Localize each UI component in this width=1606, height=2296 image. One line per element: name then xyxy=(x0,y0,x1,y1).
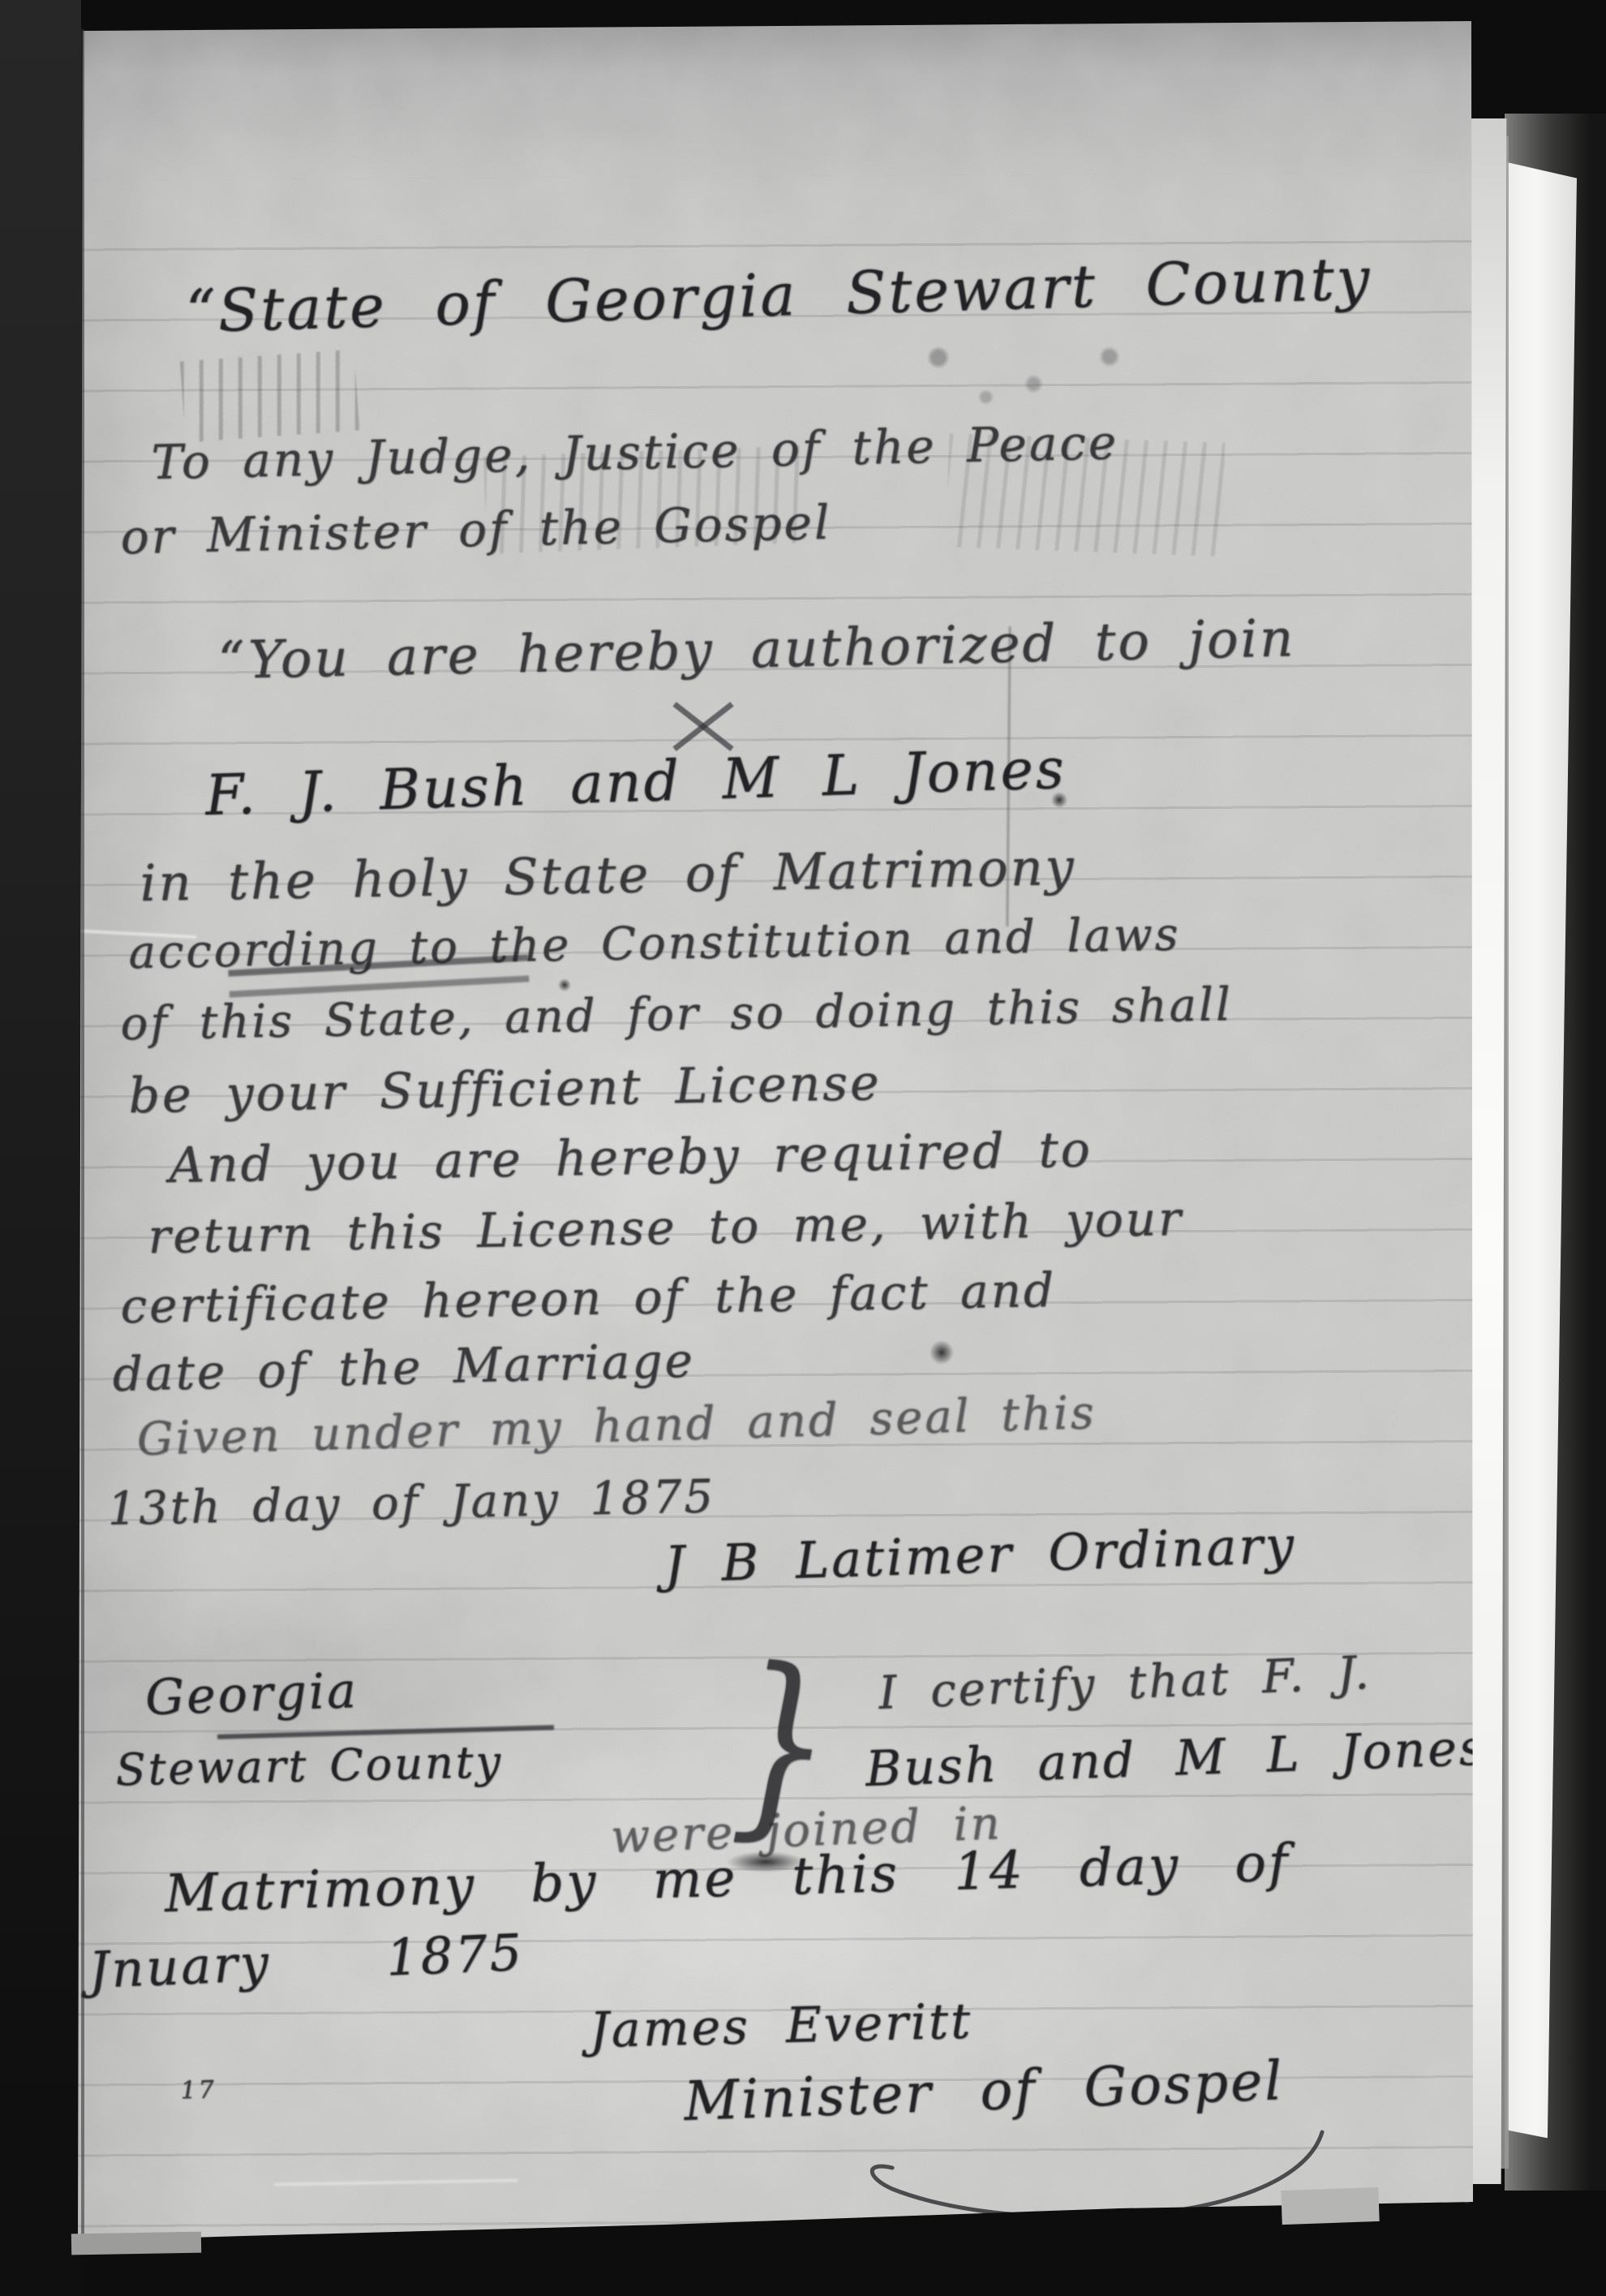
torn-paper-fragment xyxy=(71,2232,201,2255)
scan-background-left xyxy=(0,0,81,2296)
minister-signature: James Everitt xyxy=(589,1993,973,2059)
ink-blot xyxy=(930,1340,954,1365)
ink-smudge xyxy=(880,316,1161,428)
ink-smudge xyxy=(180,350,359,443)
signature-flourish xyxy=(771,2126,1338,2231)
scanned-document-page: “State of Georgia Stewart County To any … xyxy=(0,0,1606,2296)
certificate-place-line: Stewart County xyxy=(115,1736,504,1795)
torn-paper-fragment xyxy=(1281,2187,1379,2225)
page-number: 17 xyxy=(180,2075,217,2105)
certificate-place-line: Georgia xyxy=(144,1662,359,1726)
document-paper: “State of Georgia Stewart County To any … xyxy=(0,0,1606,2296)
paper-left-edge-shadow xyxy=(81,29,84,2238)
